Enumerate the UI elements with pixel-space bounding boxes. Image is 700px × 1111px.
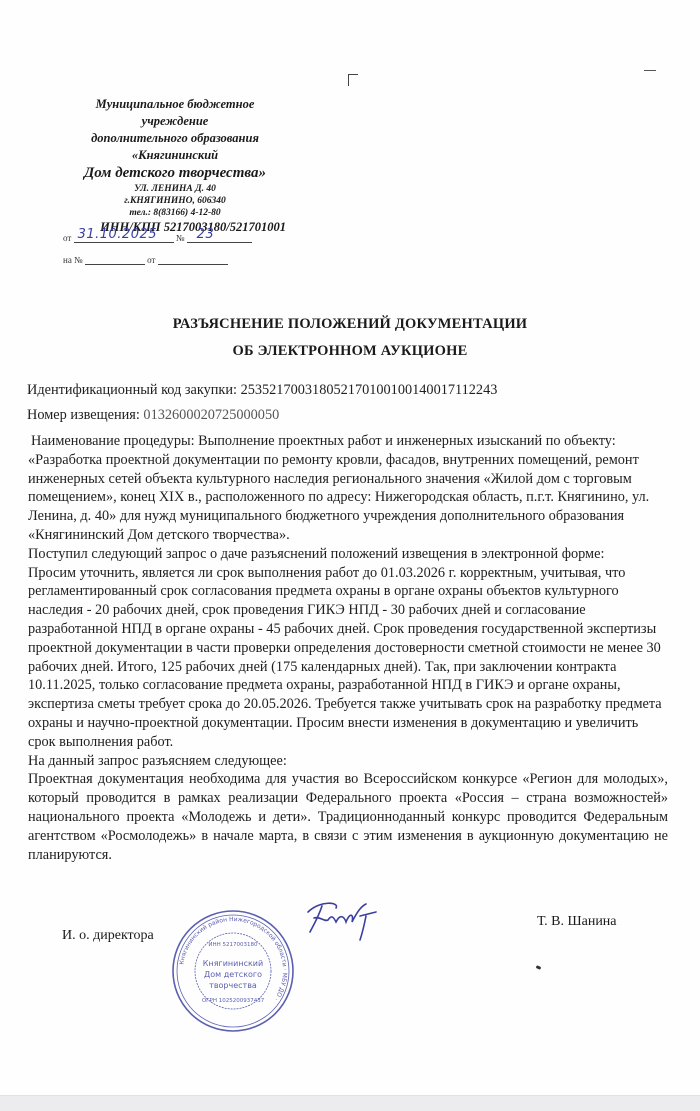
handwritten-date: 31.10.2025 (78, 227, 157, 242)
registration-dash-mark (644, 70, 656, 71)
answer-paragraph: Проектная документация необходима для уч… (28, 770, 668, 864)
to-date-field (158, 252, 228, 265)
number-label: № (176, 233, 185, 243)
signatory-role: И. о. директора (62, 928, 154, 944)
procurement-id-label: Идентификационный код закупки: (27, 382, 237, 398)
svg-text:творчества: творчества (209, 981, 257, 990)
svg-text:Княгининский: Княгининский (203, 959, 263, 968)
from-label: от (63, 233, 71, 243)
to-number-field (85, 252, 145, 265)
letterhead-line: учреждение (60, 113, 290, 130)
notice-number-value: 0132600020725000050 (143, 407, 279, 423)
svg-text:ОГРН 1025200937437: ОГРН 1025200937437 (202, 998, 265, 1004)
letterhead-line: Муниципальное бюджетное (60, 96, 290, 113)
notice-number-label: Номер извещения: (27, 407, 140, 423)
svg-text:ИНН 5217003180: ИНН 5217003180 (208, 942, 258, 948)
letterhead: Муниципальное бюджетное учреждение допол… (60, 96, 290, 235)
procurement-id-value: 253521700318052170100100140017112243 (241, 382, 498, 398)
letterhead-org-name: Дом детского творчества» (60, 164, 290, 183)
signatory-name: Т. В. Шанина (537, 914, 617, 930)
scan-speck (536, 965, 542, 970)
notice-number-row: Номер извещения: 0132600020725000050 (27, 406, 692, 425)
procedure-paragraph: Наименование процедуры: Выполнение проек… (28, 432, 668, 545)
official-stamp-icon: Княгининский район Нижегородской области… (170, 908, 296, 1034)
date-field: 31.10.2025 (74, 230, 174, 243)
outgoing-number-row: от 31.10.2025 № 23 (63, 230, 252, 243)
document-title-line2: ОБ ЭЛЕКТРОННОМ АУКЦИОНЕ (0, 343, 700, 360)
request-intro: Поступил следующий запрос о даче разъясн… (28, 545, 668, 564)
incoming-number-row: на № от (63, 252, 228, 265)
handwritten-number: 23 (197, 227, 215, 242)
letterhead-line: дополнительного образования (60, 130, 290, 147)
signature-block: И. о. директора Княгининский район Нижег… (0, 900, 700, 1050)
number-field: 23 (187, 230, 252, 243)
answer-intro: На данный запрос разъясняем следующее: (28, 752, 668, 771)
registration-corner-mark (348, 74, 358, 86)
letterhead-phone: тел.: 8(83166) 4-12-80 (60, 207, 290, 219)
to-number-label: на № (63, 255, 83, 265)
document-title-line1: РАЗЪЯСНЕНИЕ ПОЛОЖЕНИЙ ДОКУМЕНТАЦИИ (0, 316, 700, 333)
letterhead-street: УЛ. ЛЕНИНА Д. 40 (60, 183, 290, 195)
letterhead-city: г.КНЯГИНИНО, 606340 (60, 195, 290, 207)
letterhead-line: «Княгининский (60, 147, 290, 164)
document-body: Наименование процедуры: Выполнение проек… (28, 432, 668, 864)
document-page: Муниципальное бюджетное учреждение допол… (0, 0, 700, 1095)
svg-text:Дом детского: Дом детского (204, 970, 262, 979)
handwritten-signature-icon (300, 892, 400, 952)
procurement-id-row: Идентификационный код закупки: 253521700… (27, 381, 692, 400)
viewer-bottom-edge (0, 1095, 700, 1111)
request-paragraph: Просим уточнить, является ли срок выполн… (28, 564, 668, 752)
to-from-label: от (147, 255, 155, 265)
